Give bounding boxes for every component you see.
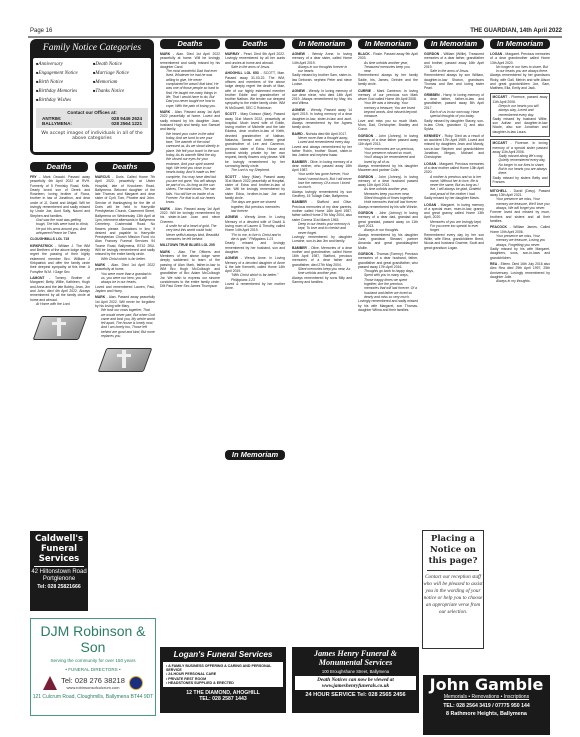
notice-remembered-by: Always remembered by his wife Winnie. xyxy=(358,205,418,209)
ad-title: Caldwell's Funeral Services xyxy=(30,534,88,564)
notice-remembered-by: Always lovingly remembered by son Geoffr… xyxy=(292,190,352,199)
notice: MARK - Alan. Passed away peacefully 1st … xyxy=(95,295,155,338)
ad-phone: TEL: 028 2564 3419 / 07775 950 144 xyxy=(423,703,550,709)
notice-remembered-by: Lovingly remembered by daughter Lorraine… xyxy=(292,235,352,244)
newspaper-page: Page 16 THE GUARDIAN, 14th April 2022 Fa… xyxy=(28,27,562,717)
bible-cross-icon xyxy=(98,342,153,376)
notice-verse: Thoughts go back to happy days, Spent wi… xyxy=(358,269,418,299)
publication-title: THE GUARDIAN, 14th April 2022 xyxy=(470,28,562,34)
notice-name: MILLTOWN TRUE BLUES LOL 205 xyxy=(160,243,215,247)
notice: MARK - Alan. Passed away 1st April 2022 … xyxy=(160,110,220,205)
notice-verse: "For to me, to live is Christ and to die… xyxy=(225,233,285,242)
notice: MITCHELL - David (Davy). Passed away 13t… xyxy=(490,189,550,223)
family-notice-categories: Family Notice Categories AnniversaryDeat… xyxy=(30,39,154,155)
memoriam-header: In Memoriam xyxy=(358,39,418,49)
notice-verse: Your smile has gone forever, Your hand I… xyxy=(292,172,352,189)
ad-address: 100 Broughshane Street, Ballymena xyxy=(292,669,419,674)
notice: FRY - Mark Oswald. Passed away peacefull… xyxy=(30,175,90,235)
notice-verse: Sadly missed along life's way, Quietly r… xyxy=(493,154,548,175)
notice: GRIBBEN - Harry. In loving memory of a d… xyxy=(424,93,484,132)
logans-funeral-ad: Logan's Funeral Services • A FAMILY BUSI… xyxy=(160,647,286,713)
ad-title: Logan's Funeral Services xyxy=(160,650,286,659)
bible-cross-icon xyxy=(33,310,88,344)
deaths-column-4: MURRAY - Pearl. Died 5th April 2022. Lov… xyxy=(225,52,285,644)
notice: MARK - Alan. Died 1st April 2022 peacefu… xyxy=(95,263,155,293)
memoriam-header: In Memoriam xyxy=(490,39,550,49)
notice: PEACOCK - William James. Called Home 10t… xyxy=(490,225,550,259)
notice-verse: The Lord is my Shepherd. xyxy=(225,168,285,172)
memoriam-header: In Memoriam xyxy=(424,39,484,49)
notice: LAMONT - Tommy. Brother of Margaret, Bet… xyxy=(30,276,90,306)
notice: MARCUS - Doris. Called Home 7th April 20… xyxy=(95,175,155,261)
notice: MARK - Alan. The Officers and Members of… xyxy=(160,250,220,289)
notice-text: - SCOTT, Mae. Passed away 31.03.22. The … xyxy=(225,71,285,109)
ad-website: www.robinsonsofculcrum.com xyxy=(61,685,125,690)
ad-service-item: • HEADSTONES SUPPLIED & ERECTED xyxy=(166,681,280,685)
memoriam-column-8: LOGAN - Margaret. Precious memories of a… xyxy=(490,52,550,670)
ad-phone: 24 HOUR SERVICE Tel: 028 2565 2456 xyxy=(292,692,419,698)
deaths-header: Deaths xyxy=(160,39,220,49)
notice-verse: Your presence we miss, Your memory we tr… xyxy=(490,234,550,247)
category-item: Engagement Notice xyxy=(36,70,91,76)
notice-remembered-by: Lovingly remembered and sadly missed by … xyxy=(358,299,418,312)
notice: GORDON - John (Johnny) In loving memory … xyxy=(358,211,418,250)
deaths-column-2: MARCUS - Doris. Called Home 7th April 20… xyxy=(95,175,155,645)
notice-verse: At Home with the Lord. xyxy=(30,302,90,306)
notice: MARK - Alan. Died 1st April 2022 peacefu… xyxy=(160,52,220,108)
ad-subtitle: • FUNERAL DIRECTORS • xyxy=(31,667,155,672)
ad-address: 42 Hiltonstown Road Portglenone xyxy=(30,569,88,583)
notice: MURRAY - Pearl. Died 5th April 2022. Lov… xyxy=(225,52,285,69)
notice-verse: As time unfolds another year, Treasured … xyxy=(358,61,418,74)
notice-remembered-by: Sadly missed by daughter Stacey, son-in-… xyxy=(424,119,484,132)
notice: KIRKPATRICK - William J. The WM and Bret… xyxy=(30,244,90,274)
notice-remembered-by: Sadly missed by his wife Margaret, daugh… xyxy=(490,247,550,260)
category-item: Memoriam xyxy=(93,79,148,85)
ad-phone: Tel: 028 25821666 xyxy=(30,584,88,590)
categories-title: Family Notice Categories xyxy=(30,43,154,53)
notice: GORDON - William (Willie). Treasured mem… xyxy=(424,52,484,91)
notice: GORDON - Thomas (Tommy). Precious memori… xyxy=(358,252,418,312)
notice: BAMBER - Olive. Memories of a dear mothe… xyxy=(292,246,352,285)
notice-remembered-by: Sadly missed by husband Willie, son Adri… xyxy=(493,117,548,134)
notice: BLACK - Rosie. Passed away 9th April 200… xyxy=(358,52,418,86)
notice-verse: Safe in the arms of Jesus. xyxy=(225,65,285,69)
ad-address: 121 Culcrum Road, Cloughmills, Ballymena… xyxy=(31,694,155,701)
notice-text: - Tommy. Brother of Margaret, Betty, Wil… xyxy=(30,276,90,301)
ad-services-list: • A FAMILY BUSINESS OFFERING A CARING AN… xyxy=(163,662,283,687)
placing-body: Contact our reception staff who will be … xyxy=(423,574,483,616)
notice-text: - William J. The WM and Brethren of the … xyxy=(30,244,90,274)
notice-remembered-by: Always remembered by his daughter Mauree… xyxy=(358,164,418,173)
notice: GORDON - John (Johnny). In loving memory… xyxy=(358,134,418,173)
notice: SCOTT - Mary (Mae). Passed away 31st Mar… xyxy=(225,175,285,214)
notice: MILLTOWN TRUE BLUES LOL 205 xyxy=(160,243,220,247)
page-number: Page 16 xyxy=(30,28,52,34)
notice: LOGAN - Margaret. In loving memory of a … xyxy=(424,203,484,250)
notice-text: - Doris. Called Home 7th April 2022, pea… xyxy=(95,175,155,256)
notice-remembered-by: Always remembered by his daughter June, … xyxy=(358,233,418,250)
deaths-column-3: MARK - Alan. Died 1st April 2022 peacefu… xyxy=(160,52,220,644)
notice-verse: With Christ which is far better. xyxy=(95,257,155,261)
memoriam-column-5: AGNEW - Wendy Anne. In loving memory of … xyxy=(292,52,352,644)
notice-verse: Never more than a thought away, Loved an… xyxy=(292,136,352,145)
office-phone: 028 2564 1221 xyxy=(111,121,142,126)
notice-remembered-by: Always remembered by sons Billy and Samm… xyxy=(292,276,352,285)
notice-verse: As time unfolds another year, Memories k… xyxy=(358,187,418,204)
notice-text: - Eileen. Died 16th July 2016 also Alex … xyxy=(490,262,550,279)
notice-verse: We took our vows together, That we would… xyxy=(95,308,155,338)
notice: LOGAN - Margaret. Precious memories of a… xyxy=(424,162,484,201)
notice-remembered-by: Sadly missed by sisters Betty and France… xyxy=(493,176,548,185)
notice: MARK - Alan. Passed away 1st April 2022.… xyxy=(160,207,220,241)
category-item: Birthday Memories xyxy=(36,88,91,94)
notice-verse: Your presence we miss, Your memory we tr… xyxy=(490,197,550,210)
ad-website-notice: Death Notices can now be viewed at www.j… xyxy=(295,676,416,690)
ad-address: 8 Rathmore Heights, Ballymena xyxy=(423,711,550,717)
notice: AGNEW - Wendy Anne. In loving memory of … xyxy=(292,52,352,86)
notice: AGNEW - Wendy. Passed away 14 April 2019… xyxy=(292,108,352,129)
notice-remembered-by: Loved and remembered Lauren, Paul, Jayde… xyxy=(95,285,155,294)
notice-remembered-by: Sadly missed by her daughter Mavis. xyxy=(424,196,484,200)
notice-remembered-by: Forever loved and missed by mum, brother… xyxy=(490,210,550,223)
notice: KENNEDY - Ruby. Died as a result of an a… xyxy=(424,134,484,160)
deaths-header: Deaths xyxy=(225,39,285,49)
notice-verse: Always in my thoughts. xyxy=(490,279,550,283)
ad-title: DJM Robinson & Son xyxy=(31,623,155,655)
notice-remembered-by: Love and miss you so much Mark. Mum, Dad… xyxy=(358,119,418,132)
category-list: AnniversaryDeath NoticeEngagement Notice… xyxy=(33,58,151,106)
category-item: Marriage Notice xyxy=(93,70,148,76)
placing-title: Placing a Notice on this page? xyxy=(423,534,483,567)
notice: BAMBER - Stafford and Olive. Precious me… xyxy=(292,200,352,243)
memoriam-column-6: BLACK - Rosie. Passed away 9th April 200… xyxy=(358,52,418,644)
category-item: Death Notice xyxy=(93,61,148,67)
james-henry-funeral-ad: James Henry Funeral & Monumental Service… xyxy=(292,647,419,713)
category-item: Birth Notice xyxy=(36,79,91,85)
notice-text: - Mark Oswald. Passed away peacefully 4t… xyxy=(30,175,90,218)
notice-remembered-by: Dearly missed and lovingly remembered by… xyxy=(225,241,285,254)
notice: GORDON - John (Johnny). In loving memory… xyxy=(358,175,418,209)
notice-remembered-by: Remembered always by son William, daught… xyxy=(424,73,484,90)
header-rule xyxy=(28,36,562,38)
ad-services: Memorials • Renovations • Inscriptions xyxy=(423,694,550,700)
notice-text: - Alan. The Officers and Members of the … xyxy=(160,250,220,288)
notice-verse: Silent memories keep you near, As time u… xyxy=(292,267,352,276)
notice-text: - Mary Dobson (Mae). Passed away 31st Ma… xyxy=(225,112,285,168)
notice: AHOGHILL LOL 653 - SCOTT, Mae. Passed aw… xyxy=(225,71,285,110)
office-name: BALLYMENA: xyxy=(42,121,72,126)
ad-title: John Gamble xyxy=(423,675,550,694)
notice: AGNEW - Wendy Anne. In Loving Memory of … xyxy=(225,215,285,254)
deaths-header: Deaths xyxy=(30,162,88,172)
notice-verse: You're memories are so precious, Your pr… xyxy=(358,147,418,164)
notice: CLOUGHMILLS LOL 715 xyxy=(30,237,90,241)
notice-text: - Ruby. Died as a result of an accident … xyxy=(424,134,484,159)
category-item: Thanks Notice xyxy=(93,88,148,94)
accept-images-note: We accept images of individuals in all o… xyxy=(33,130,151,142)
notice-remembered-by: Remembered always by her family Sadie, I… xyxy=(358,73,418,86)
notice-verse: We heard your voice in the wind today, A… xyxy=(160,132,220,205)
notice-name: CLOUGHMILLS LOL 715 xyxy=(30,237,69,241)
notice-verse: Deep in our hearts your memory is kept, … xyxy=(292,222,352,235)
masonic-emblem-icon xyxy=(43,676,57,690)
notice: LOGAN - Margaret. Precious memories of a… xyxy=(490,52,550,91)
notice-verse: Each of us in our own way, Have special … xyxy=(424,110,484,119)
notice-verse: Memories of you are lovingly kept, For y… xyxy=(424,220,484,233)
notice-verse: Deep in our hearts you will always stay,… xyxy=(493,104,548,117)
ad-phone: TEL: 028 2587 1443 xyxy=(160,696,286,702)
notice-verse: A smile for all a heart of gold, The ver… xyxy=(160,224,220,241)
notice-verse: The most wonderful Dad that ever lived, … xyxy=(160,69,220,108)
notice-verse: Your life was a blessing, Your memory a … xyxy=(358,101,418,118)
notice-remembered-by: Remembered every day by her son Willie, … xyxy=(424,233,484,250)
notice-verse: No longer in our lives to share, But in … xyxy=(490,65,550,74)
category-item: Birthday Wishes xyxy=(36,97,91,103)
john-gamble-ad: John Gamble Memorials • Renovations • In… xyxy=(423,675,550,735)
notice-remembered-by: Always remembered by her grandsons Ricky… xyxy=(490,73,550,90)
notice: BAIRD - Nichola died 6th April 2017.Neve… xyxy=(292,132,352,158)
contact-offices: Contact our Offices at: ANTRIM:028 9446 … xyxy=(36,108,148,128)
notice-remembered-by: Loved & remembered by her mother Anne. xyxy=(225,282,285,291)
notice-verse: You were more than a grandad to us, you … xyxy=(95,272,155,285)
notice: MCCART - Florence, passed away 11th Apri… xyxy=(490,93,550,137)
placing-notice-box: Placing a Notice on this page? Contact o… xyxy=(422,530,484,649)
contact-heading: Contact our Offices at: xyxy=(42,110,142,115)
notice-verse: "With Christ which is far better." Phili… xyxy=(225,273,285,282)
notice-remembered-by: Sadly missed by brother Sam, sister-in-l… xyxy=(292,73,352,86)
caldwells-funeral-ad: Caldwell's Funeral Services 42 Hiltonsto… xyxy=(30,531,88,611)
category-item: Anniversary xyxy=(36,61,91,67)
notice-verse: A mother is precious and so is her name,… xyxy=(424,175,484,196)
memoriam-column-7: GORDON - William (Willie). Treasured mem… xyxy=(424,52,484,528)
ad-service-item: • A FAMILY BUSINESS OFFERING A CARING AN… xyxy=(166,664,280,672)
ad-title: James Henry Funeral & Monumental Service… xyxy=(292,649,419,667)
memoriam-header: In Memoriam xyxy=(292,39,352,49)
notice: CURRIE - Mark Cameron. In loving memory … xyxy=(358,89,418,132)
notice: REA - Eileen. Died 16th July 2016 also A… xyxy=(490,262,550,283)
notice-verse: The days are gone we shared together, Bu… xyxy=(225,200,285,213)
deaths-header: Deaths xyxy=(95,162,155,172)
notice: AGNEW - Wendy Anne. In Loving Memory of … xyxy=(225,256,285,290)
orange-order-badge-icon xyxy=(129,676,143,690)
notice: BAMBER - Olive. In loving memory of a de… xyxy=(292,160,352,199)
notice-text: - Mary (Mae). Passed away 31st March 202… xyxy=(225,175,285,200)
deaths-column-1: FRY - Mark Oswald. Passed away peacefull… xyxy=(30,175,90,525)
notice-verse: Always in our thoughts forever in our he… xyxy=(292,65,352,74)
notice: SCOTT - Mary Dobson (Mae). Passed away 3… xyxy=(225,112,285,172)
notice: MCCART - Florence. In loving memory of a… xyxy=(490,139,550,187)
notice: AGNEW - Wendy. In loving memory of our d… xyxy=(292,89,352,106)
ad-phone: Tel: 028 276 38218 xyxy=(61,676,125,685)
notice-remembered-by: Loved and always remembered by her fathe… xyxy=(292,145,352,158)
ad-tagline: Serving the community for over 150 years xyxy=(31,658,155,663)
notice-verse: God saw the road was getting tough, The … xyxy=(30,218,90,235)
djm-robinson-ad: DJM Robinson & Son Serving the community… xyxy=(30,618,156,716)
